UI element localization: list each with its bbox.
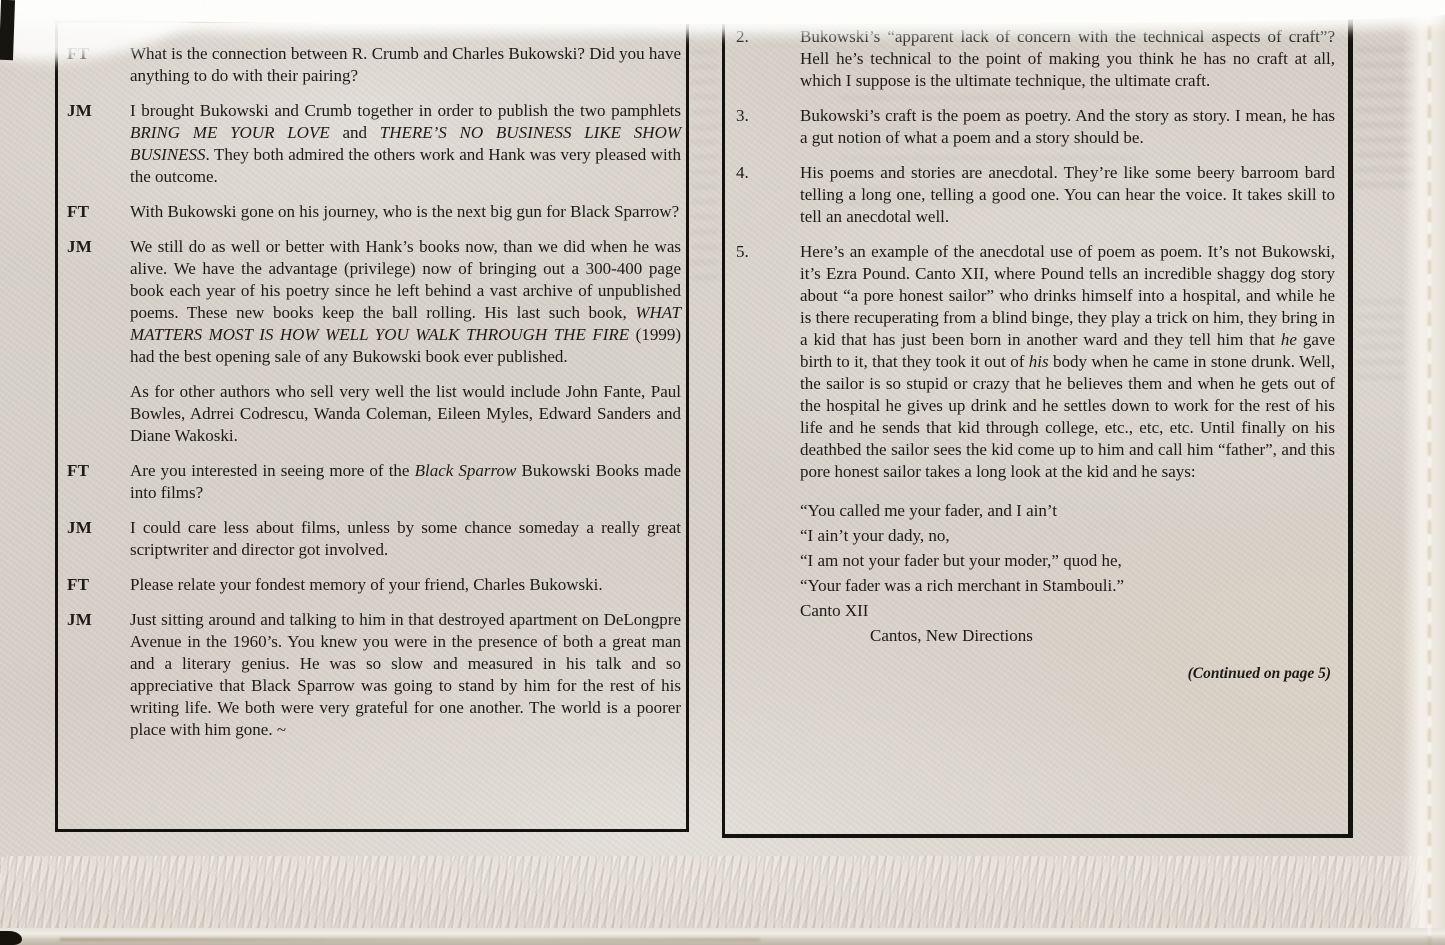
qa-text-part: Are you interested in seeing more of the: [130, 461, 415, 480]
poem-line: “You called me your fader, and I ain’t: [800, 498, 1335, 523]
item-text: His poems and stories are anecdotal. The…: [800, 162, 1335, 228]
corner-mark-bottom-left: [0, 931, 22, 945]
item-number: 3.: [736, 105, 800, 149]
scan-glare-top: [0, 0, 1445, 24]
continuation-paragraph: As for other authors who sell very well …: [130, 381, 681, 447]
book-title: BRING ME YOUR LOVE: [130, 123, 330, 142]
qa-entry: FT Please relate your fondest memory of …: [67, 574, 681, 596]
paper-bottom-edge: [0, 928, 1445, 945]
poem-quotation: “You called me your fader, and I ain’t “…: [800, 498, 1335, 648]
emphasis-word: his: [1029, 352, 1049, 371]
qa-entry: FT Are you interested in seeing more of …: [67, 460, 681, 504]
qa-entry: JM Just sitting around and talking to hi…: [67, 609, 681, 741]
numbered-commentary-panel: 2. Bukowski’s “apparent lack of concern …: [722, 16, 1353, 838]
qa-text-part: I brought Bukowski and Crumb together in…: [130, 101, 681, 120]
qa-entry: JM We still do as well or better with Ha…: [67, 236, 681, 368]
qa-text: With Bukowski gone on his journey, who i…: [130, 201, 681, 223]
item-number: 2.: [736, 26, 800, 92]
item-number: 5.: [736, 241, 800, 483]
item-number: 4.: [736, 162, 800, 228]
item-text-part: Here’s an example of the anecdotal use o…: [800, 242, 1335, 349]
emphasis-word: he: [1281, 330, 1297, 349]
qa-entry: FT With Bukowski gone on his journey, wh…: [67, 201, 681, 223]
bottom-edge-smear: [60, 938, 760, 941]
qa-text-part: . They both admired the others work and …: [130, 145, 681, 186]
speaker-label: JM: [67, 517, 130, 561]
qa-text: Are you interested in seeing more of the…: [130, 460, 681, 504]
poem-line: “I am not your fader but your moder,” qu…: [800, 548, 1335, 573]
speaker-label: FT: [67, 201, 130, 223]
qa-text: I could care less about films, unless by…: [130, 517, 681, 561]
speaker-label: JM: [67, 236, 130, 368]
bleedthrough-mark: [1356, 300, 1406, 390]
poem-line: Canto XII: [800, 598, 1335, 623]
speaker-label: FT: [67, 460, 130, 504]
item-text: Bukowski’s craft is the poem as poetry. …: [800, 105, 1335, 149]
qa-text: I brought Bukowski and Crumb together in…: [130, 100, 681, 188]
speaker-label: JM: [67, 609, 130, 741]
item-text: Here’s an example of the anecdotal use o…: [800, 241, 1335, 483]
paper-right-edge-line: [1428, 0, 1431, 945]
poem-line: “I ain’t your dady, no,: [800, 523, 1335, 548]
continued-on-page-note: (Continued on page 5): [736, 663, 1335, 685]
qa-entry: FT What is the connection between R. Cru…: [67, 43, 681, 87]
list-item: 4. His poems and stories are anecdotal. …: [736, 162, 1335, 228]
qa-text: We still do as well or better with Hank’…: [130, 236, 681, 368]
embossed-paper-band: [0, 856, 1445, 930]
paper-right-edge: [1402, 0, 1445, 945]
qa-text-part: and: [330, 123, 380, 142]
list-item: 2. Bukowski’s “apparent lack of concern …: [736, 26, 1335, 92]
bleedthrough-mark: [692, 50, 718, 280]
corner-mark-top-left: [0, 0, 15, 60]
qa-text-part: We still do as well or better with Hank’…: [130, 237, 681, 322]
item-text-part: body when he came in stone drunk. Well, …: [800, 352, 1335, 481]
qa-text: Please relate your fondest memory of you…: [130, 574, 681, 596]
qa-entry: JM I brought Bukowski and Crumb together…: [67, 100, 681, 188]
poem-attribution: Cantos, New Directions: [870, 623, 1335, 648]
speaker-label: JM: [67, 100, 130, 188]
qa-text: Just sitting around and talking to him i…: [130, 609, 681, 741]
list-item: 5. Here’s an example of the anecdotal us…: [736, 241, 1335, 483]
qa-text: What is the connection between R. Crumb …: [130, 43, 681, 87]
scanned-zine-page: FT What is the connection between R. Cru…: [0, 0, 1445, 945]
interview-panel: FT What is the connection between R. Cru…: [55, 20, 689, 832]
speaker-label: FT: [67, 574, 130, 596]
poem-line: “Your fader was a rich merchant in Stamb…: [800, 573, 1335, 598]
qa-entry: JM I could care less about films, unless…: [67, 517, 681, 561]
item-text: Bukowski’s “apparent lack of concern wit…: [800, 26, 1335, 92]
list-item: 3. Bukowski’s craft is the poem as poetr…: [736, 105, 1335, 149]
publisher-name: Black Sparrow: [415, 461, 517, 480]
